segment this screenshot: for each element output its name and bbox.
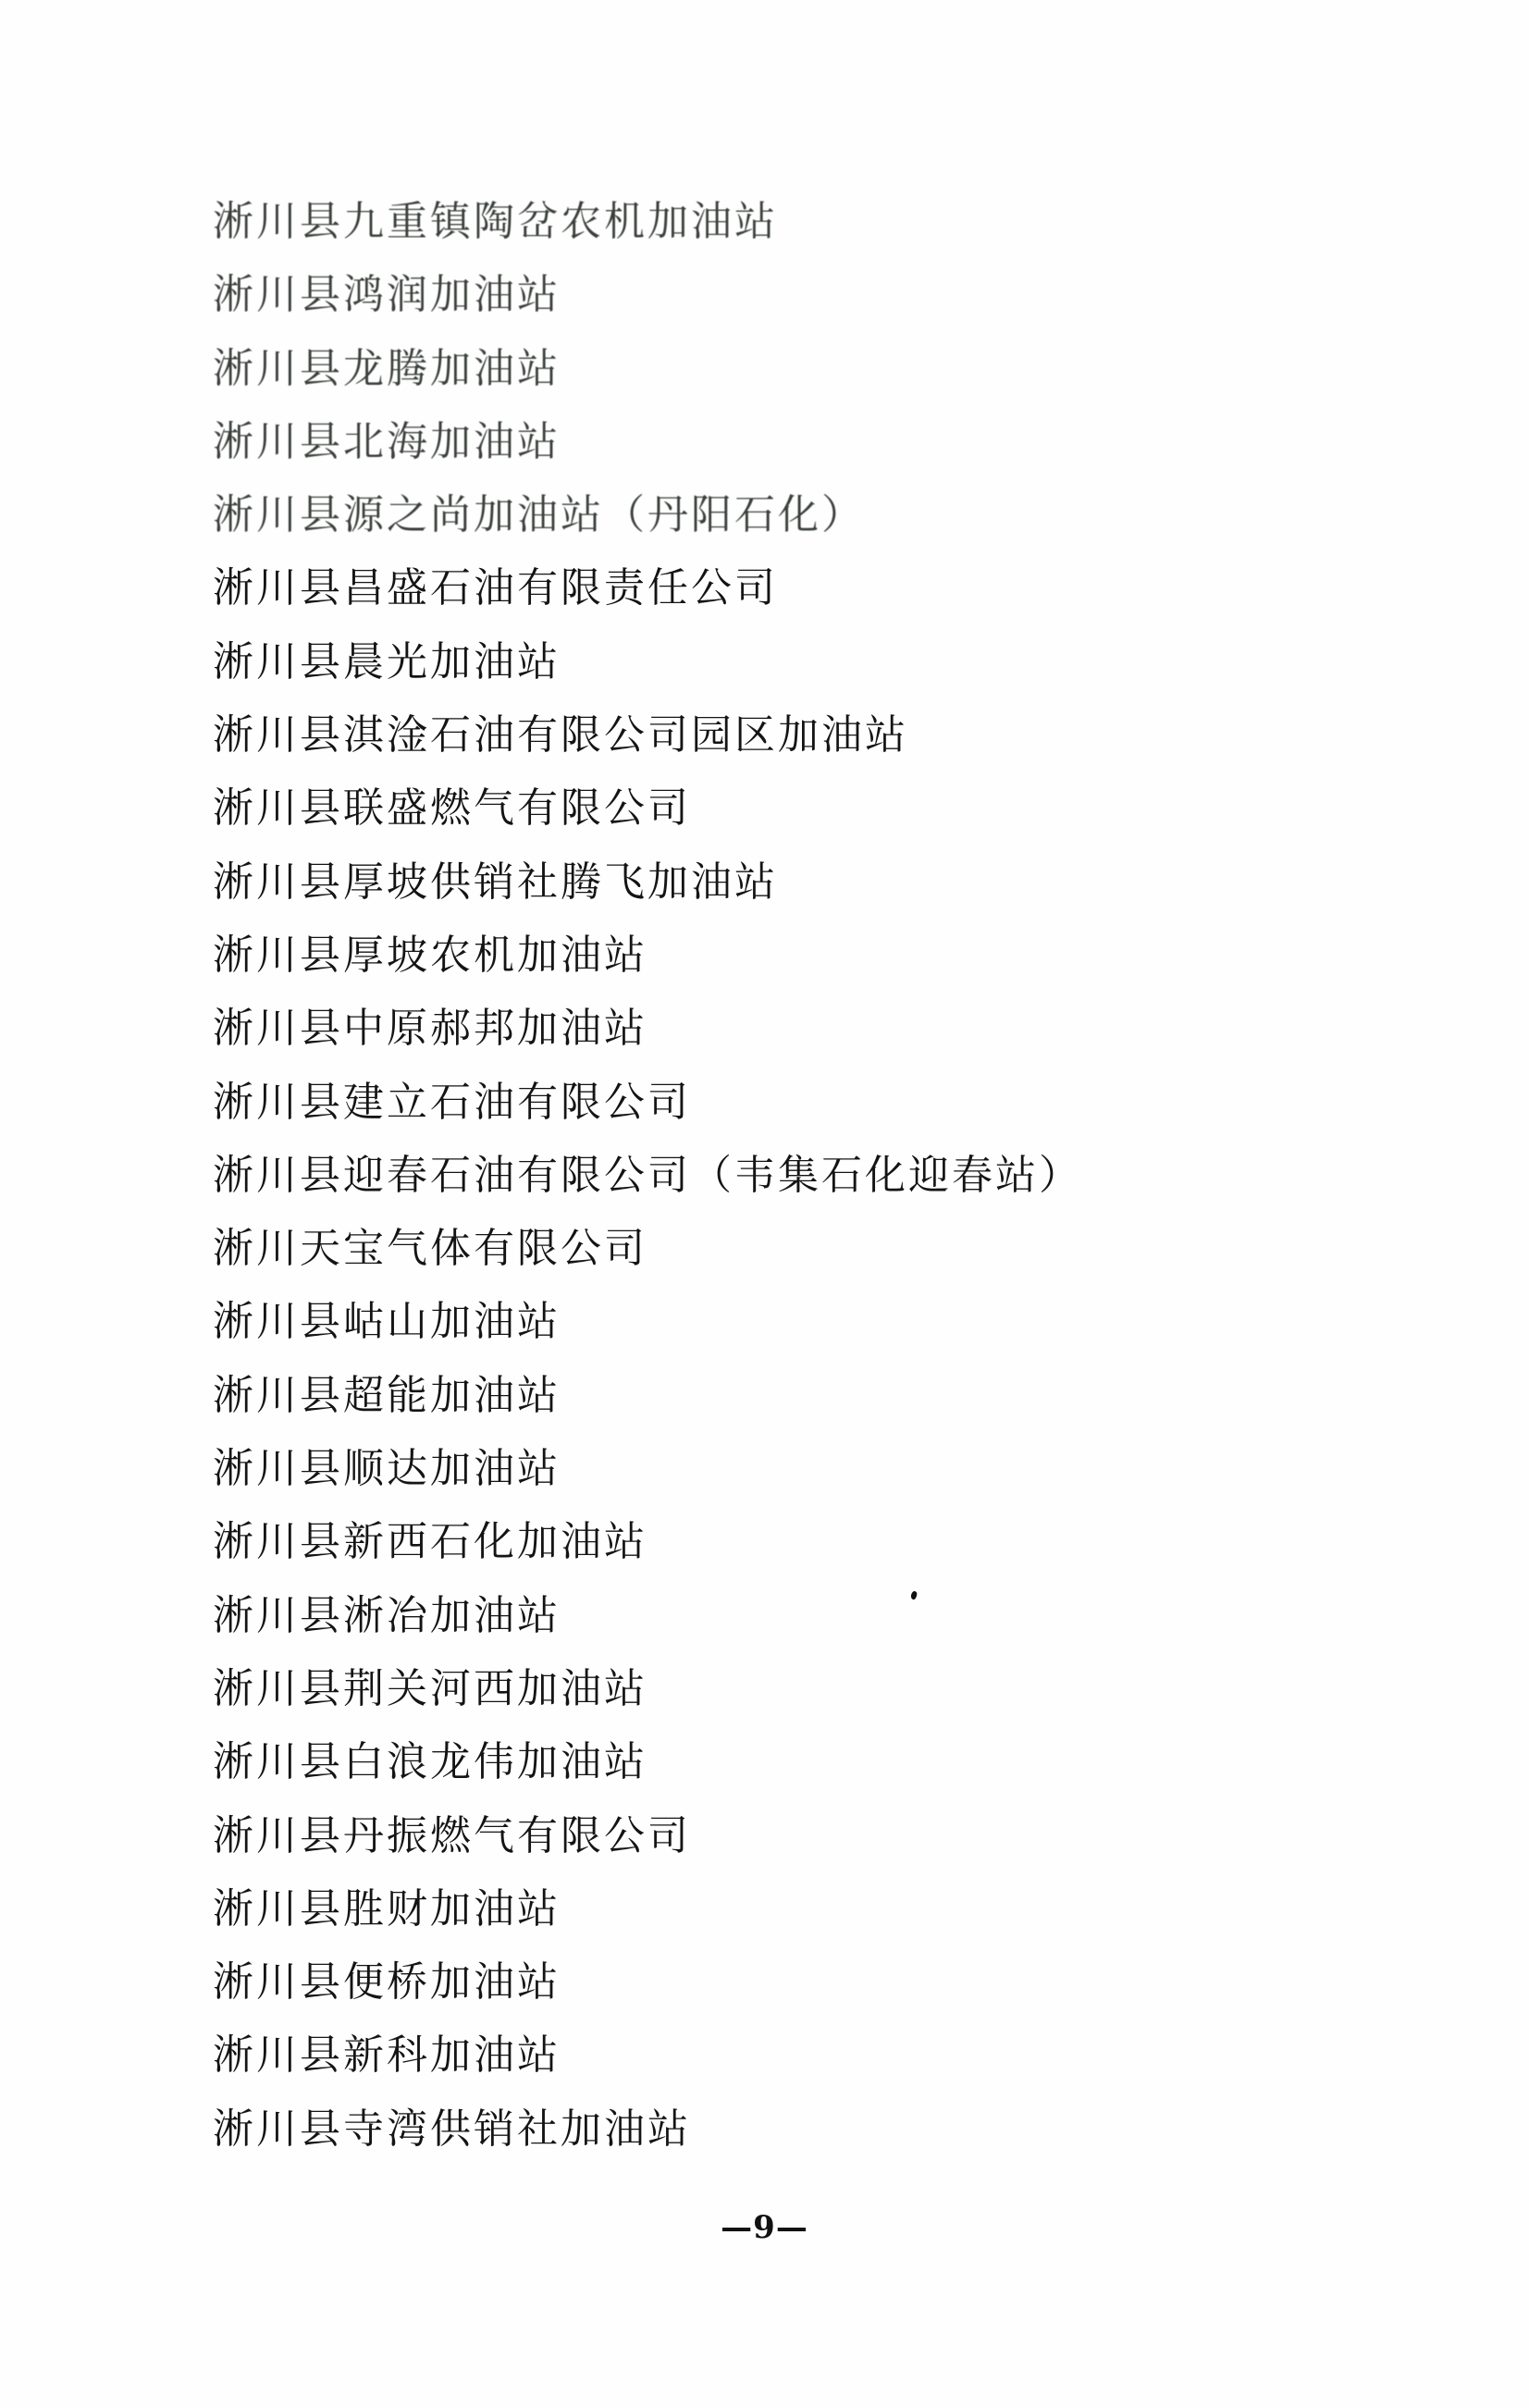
list-item: 淅川县寺湾供销社加油站	[213, 2100, 1082, 2173]
list-item: 淅川县晨光加油站	[213, 633, 1082, 706]
list-item: 淅川县联盛燃气有限公司	[213, 779, 1082, 852]
list-item: 淅川县便桥加油站	[213, 1953, 1082, 2026]
list-item: 淅川县白浪龙伟加油站	[213, 1733, 1082, 1806]
list-item: 淅川县中原郝邦加油站	[213, 999, 1082, 1072]
document-page: 淅川县九重镇陶岔农机加油站 淅川县鸿润加油站 淅川县龙腾加油站 淅川县北海加油站…	[0, 0, 1529, 2408]
list-item: 淅川县迎春石油有限公司（韦集石化迎春站）	[213, 1146, 1082, 1219]
list-item: 淅川县新西石化加油站	[213, 1513, 1082, 1586]
list-item: 淅川县新科加油站	[213, 2026, 1082, 2099]
list-item: 淅川县建立石油有限公司	[213, 1073, 1082, 1146]
station-list: 淅川县九重镇陶岔农机加油站 淅川县鸿润加油站 淅川县龙腾加油站 淅川县北海加油站…	[213, 192, 1082, 2173]
page-number: —9—	[0, 2209, 1529, 2246]
list-item: 淅川县丹振燃气有限公司	[213, 1807, 1082, 1880]
list-item: 淅川县岵山加油站	[213, 1292, 1082, 1365]
list-item: 淅川县顺达加油站	[213, 1439, 1082, 1513]
list-item: 淅川县淅冶加油站	[213, 1587, 1082, 1660]
list-item: 淅川县淇淦石油有限公司园区加油站	[213, 706, 1082, 779]
list-item: 淅川县鸿润加油站	[213, 265, 1082, 339]
list-item: 淅川县厚坡农机加油站	[213, 926, 1082, 999]
list-item: 淅川县龙腾加油站	[213, 340, 1082, 413]
list-item: 淅川县厚坡供销社腾飞加油站	[213, 853, 1082, 926]
list-item: 淅川天宝气体有限公司	[213, 1219, 1082, 1292]
list-item: 淅川县荆关河西加油站	[213, 1660, 1082, 1733]
list-item: 淅川县昌盛石油有限责任公司	[213, 559, 1082, 632]
list-item: 淅川县九重镇陶岔农机加油站	[213, 192, 1082, 265]
list-item: 淅川县胜财加油站	[213, 1880, 1082, 1953]
list-item: 淅川县北海加油站	[213, 413, 1082, 486]
list-item: 淅川县源之尚加油站（丹阳石化）	[213, 486, 1082, 559]
list-item: 淅川县超能加油站	[213, 1366, 1082, 1439]
